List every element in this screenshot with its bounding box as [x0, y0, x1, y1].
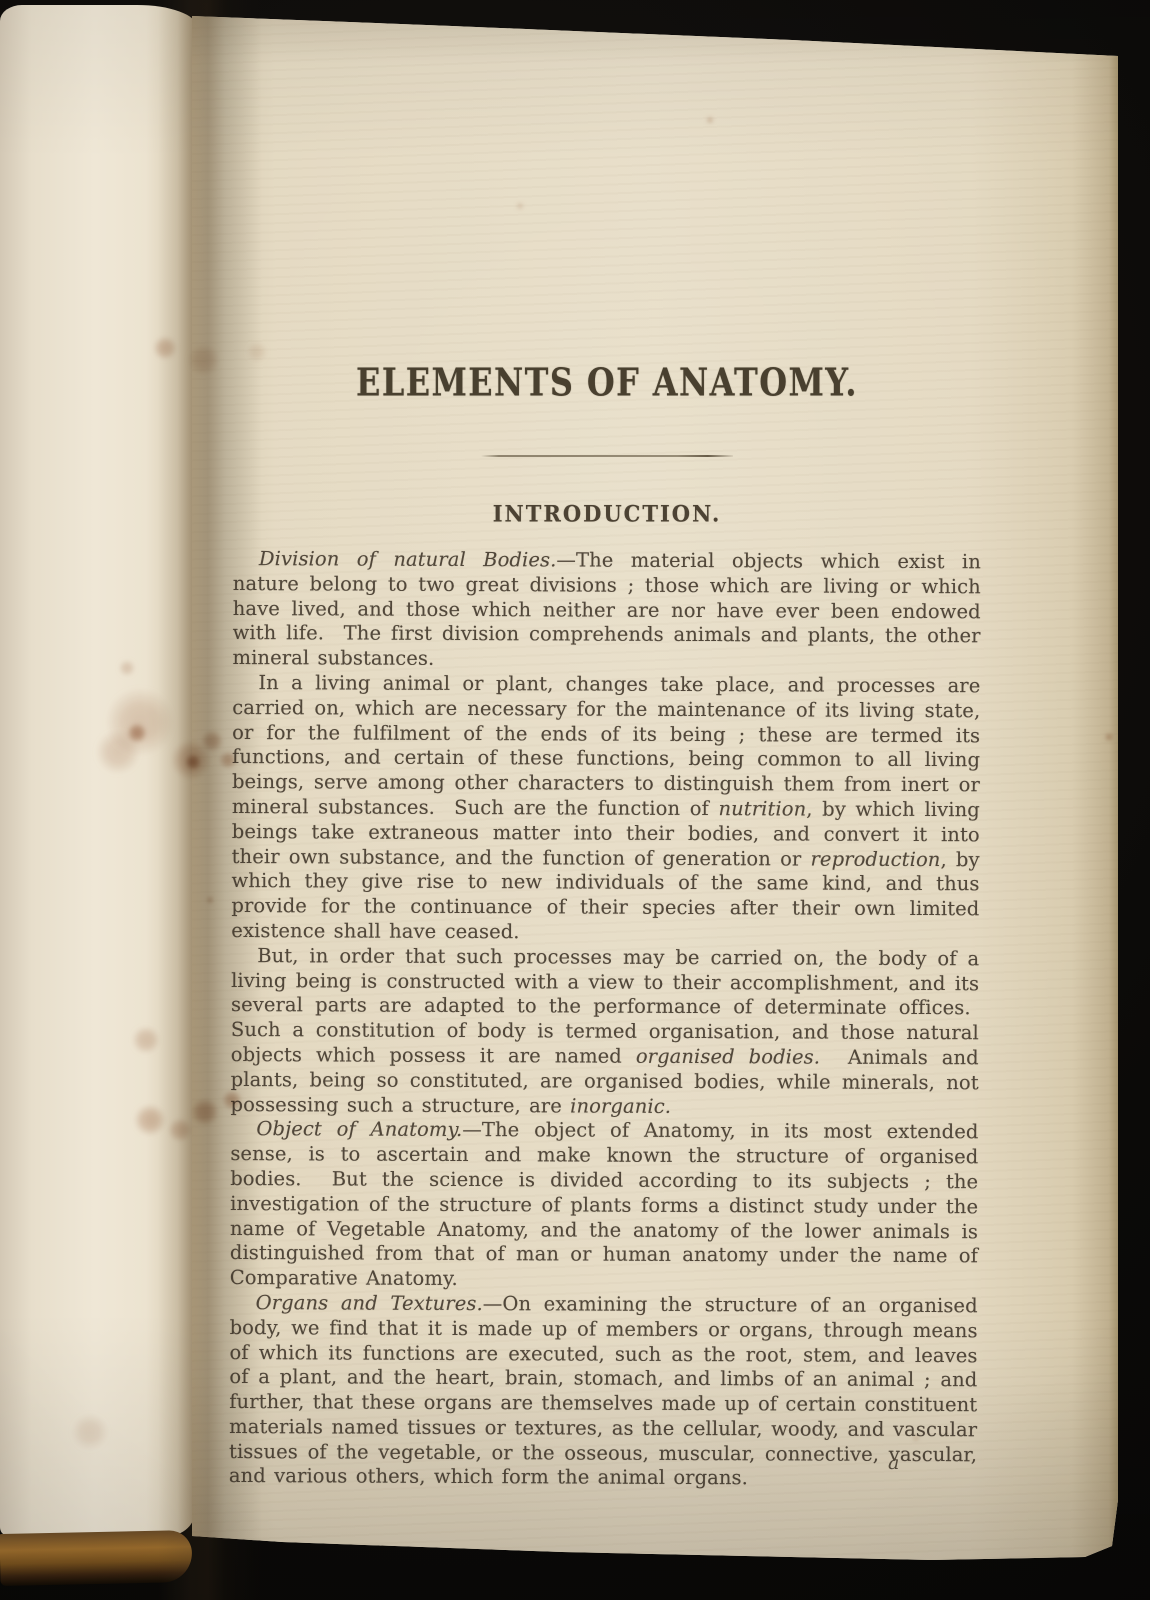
paragraph: In a living animal or plant, changes tak… — [231, 671, 980, 947]
section-heading: INTRODUCTION. — [233, 500, 981, 526]
paragraph: But, in order that such processes may be… — [231, 944, 980, 1121]
title-divider-rule — [481, 455, 733, 457]
facing-page — [0, 5, 197, 1535]
book-photo-scene: ELEMENTS OF ANATOMY. INTRODUCTION. Divis… — [0, 0, 1150, 1600]
paragraph: Division of natural Bodies.—The material… — [232, 547, 981, 674]
book-binding-edge — [0, 1530, 193, 1586]
book-page: ELEMENTS OF ANATOMY. INTRODUCTION. Divis… — [192, 0, 1118, 1600]
paragraph: Organs and Textures.—On examining the st… — [229, 1291, 978, 1493]
book-title: ELEMENTS OF ANATOMY. — [255, 361, 958, 406]
paragraph: Object of Anatomy.—The object of Anatomy… — [230, 1117, 979, 1294]
signature-mark: a — [888, 1452, 899, 1474]
body-text: Division of natural Bodies.—The material… — [229, 547, 981, 1493]
